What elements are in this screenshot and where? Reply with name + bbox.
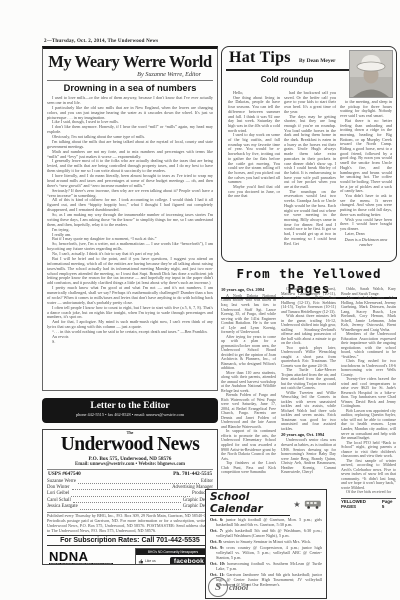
continuation-page: Page 5 [382,500,396,510]
masthead-name: Underwood News [47,435,213,455]
continued-on-page-note: YELLOWED PAGES Page 5 [341,498,396,510]
letter-banner-title: Letter to the Editor [42,401,218,411]
masthead-box: The Underwood News P.O. Box 575, Underwo… [42,429,218,565]
body-paragraph: The first sample of winter arrived, acco… [341,459,396,491]
body-paragraph: I generally leave most of it to the folk… [47,159,213,174]
body-paragraph: Chris Eng rushed for two touchdowns in U… [341,359,396,377]
like-us-text: Like us [145,559,156,563]
body-paragraph: More than 110 area students, along with … [221,371,276,394]
subscription-line: For Subscription Rates: Call 701-442-553… [47,535,213,546]
dotted-leader [80,509,181,510]
body-paragraph: S. [47,340,213,345]
hat-tips-col-1: Hello,One thing about living in the Dako… [228,91,280,255]
hat-tips-title: Hat Tips [229,49,291,66]
masthead-contact: Email: unnews@westriv.com • Website: bhg… [47,462,213,470]
facebook-logo: facebook [170,557,208,565]
body-paragraph: I have literally, and I do mean literall… [47,174,213,189]
body-paragraph: The days may be getting shorter, but the… [284,115,336,190]
calendar-entry: Oct. 9: cross country @ Cooperstown, 4 p… [210,546,322,561]
hat-tips-col-2: had the backward calf you saved. Or the … [284,91,336,255]
body-paragraph: Maybe you'd find that old cow you doctor… [228,185,280,199]
thumbs-up-icon [138,558,144,564]
columnist-credit: Dean is a Dickinson area rancher [340,238,392,247]
staff-list: Suzanne Werre Editor Don Winter Advertis… [47,479,213,513]
staff-row: Jessica Eastgate Graphic Design [47,504,213,510]
calendar-entry: Oct. 6: junior high football @ Garrison,… [210,518,322,528]
circled-s-glyph: S [208,577,228,597]
school-calendar-box: School Calendar ★ Oct. 6: junior high fo… [205,489,327,599]
body-paragraph: With about three minutes left in the gam… [281,314,336,346]
ndna-logo: NDNA NORTH DAKOTA NEWSPAPER ASSOCIATION [49,550,113,565]
body-paragraph: Also included were Jake Holling, John Kl… [341,296,396,332]
yellowed-pages-col-2: Cottingham (8-9 years), Matthew Landenbe… [281,287,336,487]
body-paragraph: So, as I am making my way through the in… [47,213,213,228]
body-paragraph: Top finishers at the Lion's Club Punt, P… [221,461,276,475]
body-paragraph: The local PTO held “Back to School” nigh… [341,441,396,459]
like-us-label: Like us [138,558,156,564]
body-paragraph: Twenty-five riders braved the wind and c… [341,377,396,409]
hat-tips-header: Hat Tips By Dean Meyer [229,49,336,67]
body-paragraph: I pretty much know what I'm good at and … [47,286,213,306]
body-paragraph: Two quick plays later, Underwood's Willi… [281,346,336,369]
body-paragraph: had the backward calf you saved. Or the … [284,91,336,115]
header-rule [226,69,354,71]
partial-header-text: chool [229,582,248,592]
werre-column-byline: By Suzanne Werre, Editor [47,71,213,78]
body-paragraph: In support of its continued efforts to p… [221,429,276,461]
body-paragraph: After trying for years to come up with a… [221,335,276,371]
school-calendar-title: School Calendar [210,492,290,516]
body-paragraph: to the meeting, and sleep in the pickup … [340,100,392,119]
body-paragraph: I often tell people I know how to count … [47,306,213,321]
columnist-photo [349,50,393,98]
hat-tips-col-3-text: to the meeting, and sleep in the pickup … [340,100,392,236]
body-paragraph: Members of the Underwood Education Assoc… [341,332,396,359]
masthead-logos-row: NDNA NORTH DAKOTA NEWSPAPER ASSOCIATION … [47,548,213,565]
masthead-phone: Ph. 701-442-5515 [173,471,212,477]
facebook-promo-box: BHG's ND Community Newspapers Like us fa… [135,548,211,565]
calendar-entry-text: seniors to Smarty Seminar in Minot with … [223,539,311,544]
staff-name: Jessica Eastgate [47,504,78,510]
star-icon: ★ [293,500,300,509]
body-paragraph: I particularly like the old saw mills th… [47,106,213,121]
hat-tips-column: Hat Tips By Dean Meyer Cold roundup Hell… [221,46,397,262]
body-paragraph: Brenda Folden of Fargo and Rich Waterwor… [221,393,276,429]
ndna-acronym: NDNA [49,550,113,563]
body-paragraph: Underwood's senior class was dressed as … [281,438,336,474]
body-paragraph: Cottingham (8-9 years), Matthew Landenbe… [281,287,336,314]
yellowed-pages-col-1-text: A North Dakota National Guard soldier wh… [221,294,276,475]
divider-rule [47,80,213,81]
continuation-label: YELLOWED PAGES [341,500,382,510]
body-paragraph: Wish you could have been there. I would … [340,218,392,232]
werre-world-column: My Weary Werre World By Suzanne Werre, E… [42,46,218,391]
facebook-promo-row: Like us facebook [136,555,210,565]
body-paragraph: One thing about living in the Dakotas, p… [228,96,280,134]
yellowed-pages-col-2-bottom: Underwood's senior class was dressed as … [281,438,336,474]
ndna-full-name: NORTH DAKOTA NEWSPAPER ASSOCIATION [49,563,113,565]
hat-tips-byline: By Dean Meyer [299,58,336,64]
folio-line: 2—Thursday, Oct. 2, 2014, The Underwood … [44,39,158,44]
dotted-leader [73,502,181,503]
yellowed-pages-col-1: 10 years ago, Oct. 2004 A North Dakota N… [221,287,276,487]
hat-tips-col-3: to the meeting, and sleep in the pickup … [340,100,392,255]
body-paragraph: The Turtle Lake-Mercer Trojans attacked … [281,368,336,391]
calendar-entry-text: girls basketball 5th and 6th @ Washburn,… [216,528,322,538]
body-paragraph: A North Dakota National Guard soldier wh… [221,294,276,335]
body-paragraph: Willie Tweeten and Willie Wenschlag led … [281,391,336,432]
masthead-usps-phone-row: USPS #647540 Ph. 701-442-5515 [47,470,213,479]
body-paragraph: Bob Larson was appointed city auditor, r… [341,409,396,441]
body-paragraph: But I will be brief and to the point, an… [47,257,213,286]
body-paragraph: Of the five bids received for [341,490,396,495]
body-paragraph: The roundups on the reservation would la… [284,190,336,246]
dotted-leader [71,496,190,497]
calendar-entry-text: homecoming football vs. Southern McLean … [216,561,322,571]
werre-body-text: I used to love mills—or the idea of them… [47,96,213,371]
school-calendar-header: School Calendar ★ [210,492,322,516]
yellowed-pages-col-3: Oddo, Sarah Walch, Kary Brude and Sarah … [341,287,396,557]
newspaper-page: 2—Thursday, Oct. 2, 2014, The Underwood … [0,0,400,600]
dotted-leader [72,489,171,490]
yellowed-pages-col-2-top: Cottingham (8-9 years), Matthew Landenbe… [281,287,336,432]
calendar-entry-text: junior high football @ Garrison, Mon. 5 … [216,517,322,527]
calendar-entry: Oct. 10: homecoming football vs. Souther… [210,562,322,572]
hat-tips-subhead: Cold roundup [228,75,346,84]
body-paragraph: All of this is kind of old/new for me. I… [47,198,213,213]
calendar-entry-text: cross country @ Cooperstown, 4 p.m.; jun… [216,545,322,560]
school-logo-partial: S chool [208,577,248,597]
school-bus-icon [304,499,322,510]
masthead-legal-text: Published every Thursday by BHG, Inc., P… [47,514,213,534]
body-paragraph: But there is no better feeling than unlo… [340,119,392,194]
letter-banner-contact: phone 442-5515 • fax 462-8528 • email: u… [42,412,218,417]
body-paragraph: “. . . in this world nothing can be said… [47,330,213,335]
calendar-entry-day: Oct. 8: [210,539,222,544]
cowboy-hat-portrait [350,51,392,97]
usps-number: USPS #647540 [48,471,81,477]
werre-headline: Drowning in a sea of numbers [47,83,213,93]
werre-column-title: My Weary Werre World [47,52,213,72]
dotted-leader [78,483,199,484]
body-paragraph: You didn't have to ask to see the menu. … [340,194,392,218]
body-paragraph: Later, Dean [340,232,392,237]
calendar-entry: Oct. 7: girls basketball 5th and 6th @ W… [210,529,322,539]
letter-to-editor-banner: Letter to the Editor phone 442-5515 • fa… [42,398,218,423]
yellowed-pages-col-3-text: Oddo, Sarah Walch, Kary Brude and Sarah … [341,287,396,495]
body-paragraph: I used to day work on some of the big ou… [228,133,280,185]
